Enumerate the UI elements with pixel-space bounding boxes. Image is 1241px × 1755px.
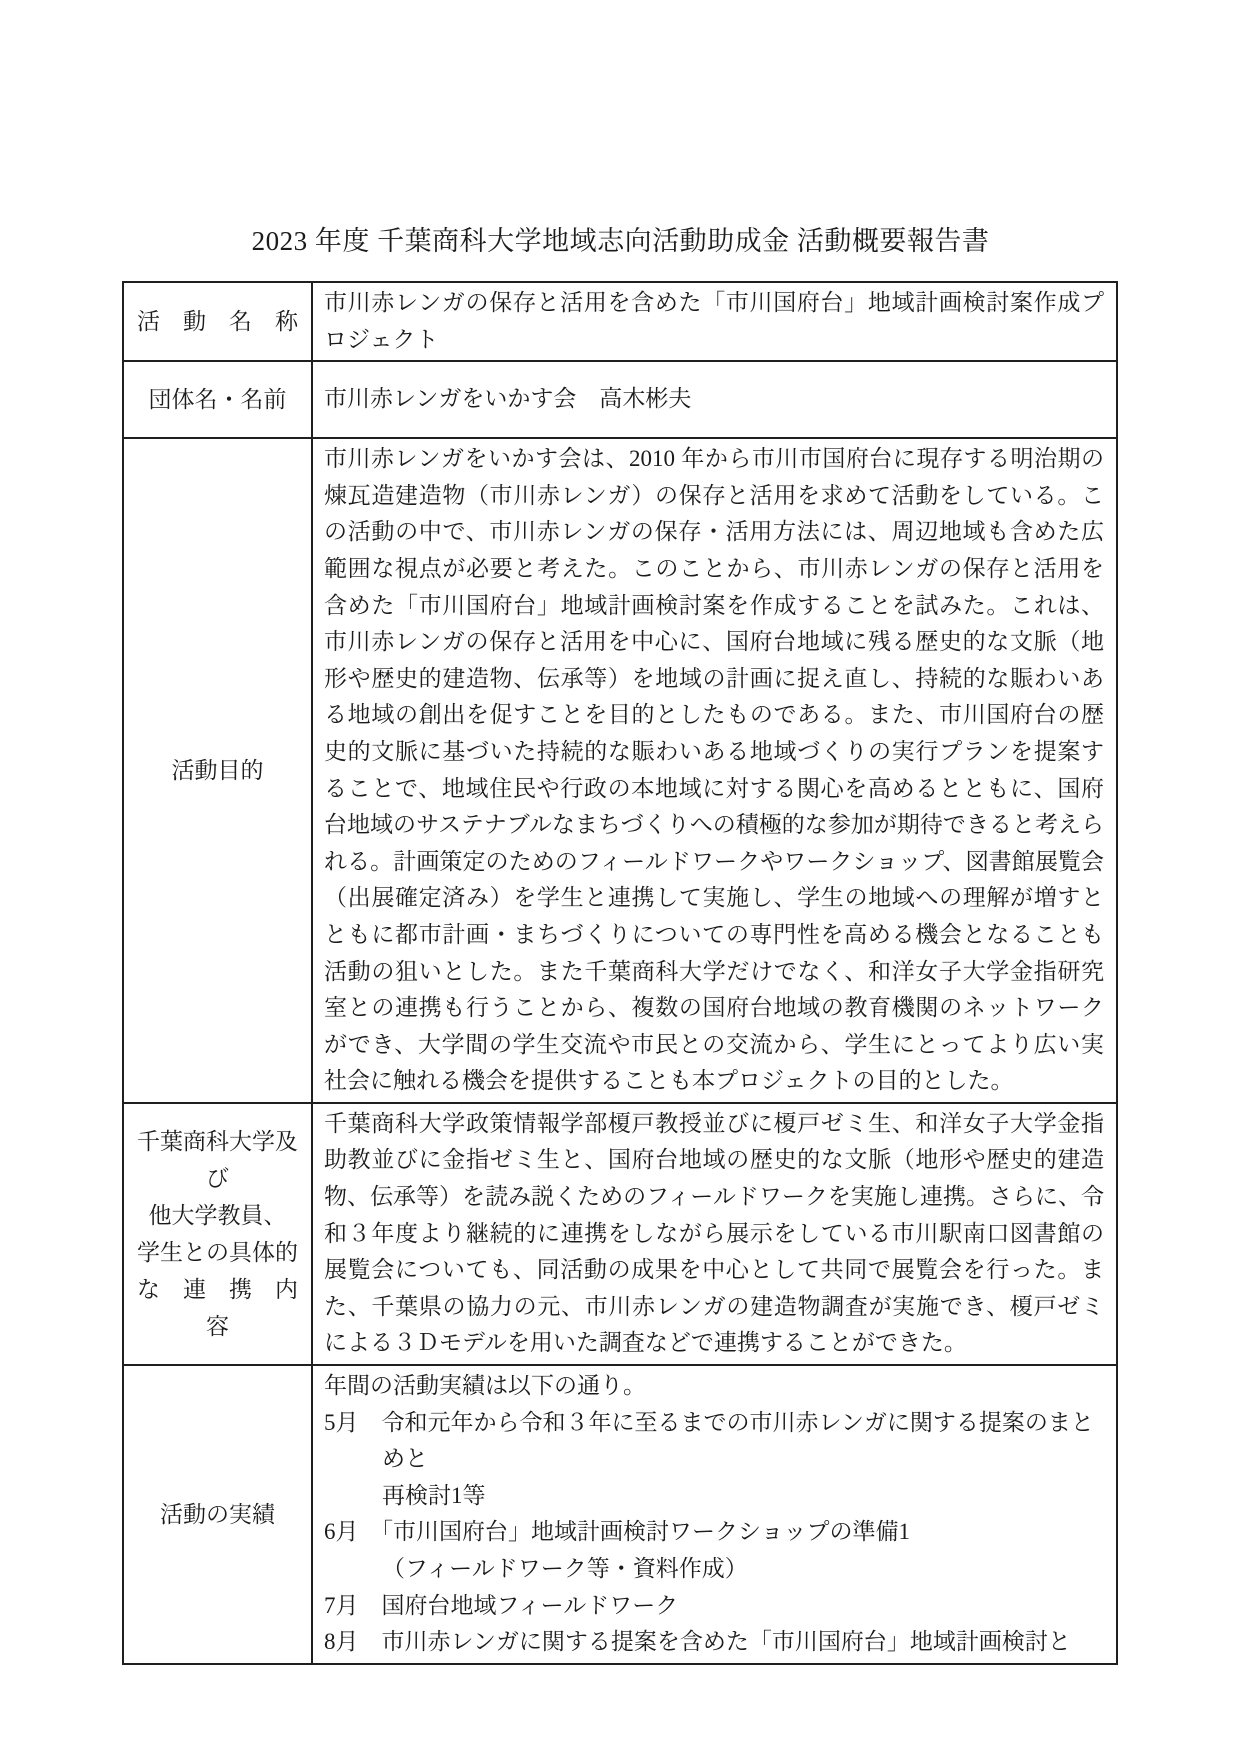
activity-purpose-label: 活動目的 <box>123 438 312 1103</box>
activity-name-label: 活 動 名 称 <box>123 282 312 361</box>
results-item-may: 5月 令和元年から令和３年に至るまでの市川赤レンガに関する提案のまとめと <box>324 1405 1104 1478</box>
organization-name-value: 市川赤レンガをいかす会 高木彬夫 <box>324 381 1104 418</box>
activity-purpose-text: 市川赤レンガをいかす会は、2010 年から市川市国府台に現存する明治期の煉瓦造建… <box>324 441 1104 1100</box>
cooperation-details-label: 千葉商科大学及び 他大学教員、 学生との具体的 な 連 携 内 容 <box>123 1103 312 1365</box>
results-item-june-continuation: （フィールドワーク等・資料作成） <box>324 1551 1104 1588</box>
row-organization-name: 団体名・名前 市川赤レンガをいかす会 高木彬夫 <box>123 361 1117 438</box>
cooperation-label-line-3: 学生との具体的 <box>128 1234 307 1271</box>
organization-name-value-cell: 市川赤レンガをいかす会 高木彬夫 <box>312 361 1117 438</box>
report-page: 2023 年度 千葉商科大学地域志向活動助成金 活動概要報告書 活 動 名 称 … <box>0 0 1241 1755</box>
cooperation-details-value-cell: 千葉商科大学政策情報学部榎戸教授並びに榎戸ゼミ生、和洋女子大学金指助教並びに金指… <box>312 1103 1117 1365</box>
cooperation-label-line-2: 他大学教員、 <box>128 1197 307 1234</box>
row-activity-results: 活動の実績 年間の活動実績は以下の通り。 5月 令和元年から令和３年に至るまでの… <box>123 1365 1117 1664</box>
row-cooperation-details: 千葉商科大学及び 他大学教員、 学生との具体的 な 連 携 内 容 千葉商科大学… <box>123 1103 1117 1365</box>
activity-results-value-cell: 年間の活動実績は以下の通り。 5月 令和元年から令和３年に至るまでの市川赤レンガ… <box>312 1365 1117 1664</box>
results-intro-line: 年間の活動実績は以下の通り。 <box>324 1368 1104 1405</box>
results-item-june: 6月 「市川国府台」地域計画検討ワークショップの準備1 <box>324 1514 1104 1551</box>
results-item-august: 8月 市川赤レンガに関する提案を含めた「市川国府台」地域計画検討と <box>324 1624 1104 1661</box>
cooperation-details-text: 千葉商科大学政策情報学部榎戸教授並びに榎戸ゼミ生、和洋女子大学金指助教並びに金指… <box>324 1106 1104 1362</box>
activity-report-table: 活 動 名 称 市川赤レンガの保存と活用を含めた「市川国府台」地域計画検討案作成… <box>122 281 1118 1665</box>
activity-name-value: 市川赤レンガの保存と活用を含めた「市川国府台」地域計画検討案作成プロジェクト <box>324 285 1104 358</box>
activity-name-value-cell: 市川赤レンガの保存と活用を含めた「市川国府台」地域計画検討案作成プロジェクト <box>312 282 1117 361</box>
results-item-july: 7月 国府台地域フィールドワーク <box>324 1588 1104 1625</box>
row-activity-purpose: 活動目的 市川赤レンガをいかす会は、2010 年から市川市国府台に現存する明治期… <box>123 438 1117 1103</box>
cooperation-label-line-1: 千葉商科大学及び <box>128 1123 307 1197</box>
organization-name-label: 団体名・名前 <box>123 361 312 438</box>
cooperation-label-line-4: な 連 携 内 容 <box>128 1271 307 1345</box>
results-item-may-continuation: 再検討1等 <box>324 1478 1104 1515</box>
document-title: 2023 年度 千葉商科大学地域志向活動助成金 活動概要報告書 <box>0 224 1241 258</box>
row-activity-name: 活 動 名 称 市川赤レンガの保存と活用を含めた「市川国府台」地域計画検討案作成… <box>123 282 1117 361</box>
activity-purpose-value-cell: 市川赤レンガをいかす会は、2010 年から市川市国府台に現存する明治期の煉瓦造建… <box>312 438 1117 1103</box>
activity-results-label: 活動の実績 <box>123 1365 312 1664</box>
